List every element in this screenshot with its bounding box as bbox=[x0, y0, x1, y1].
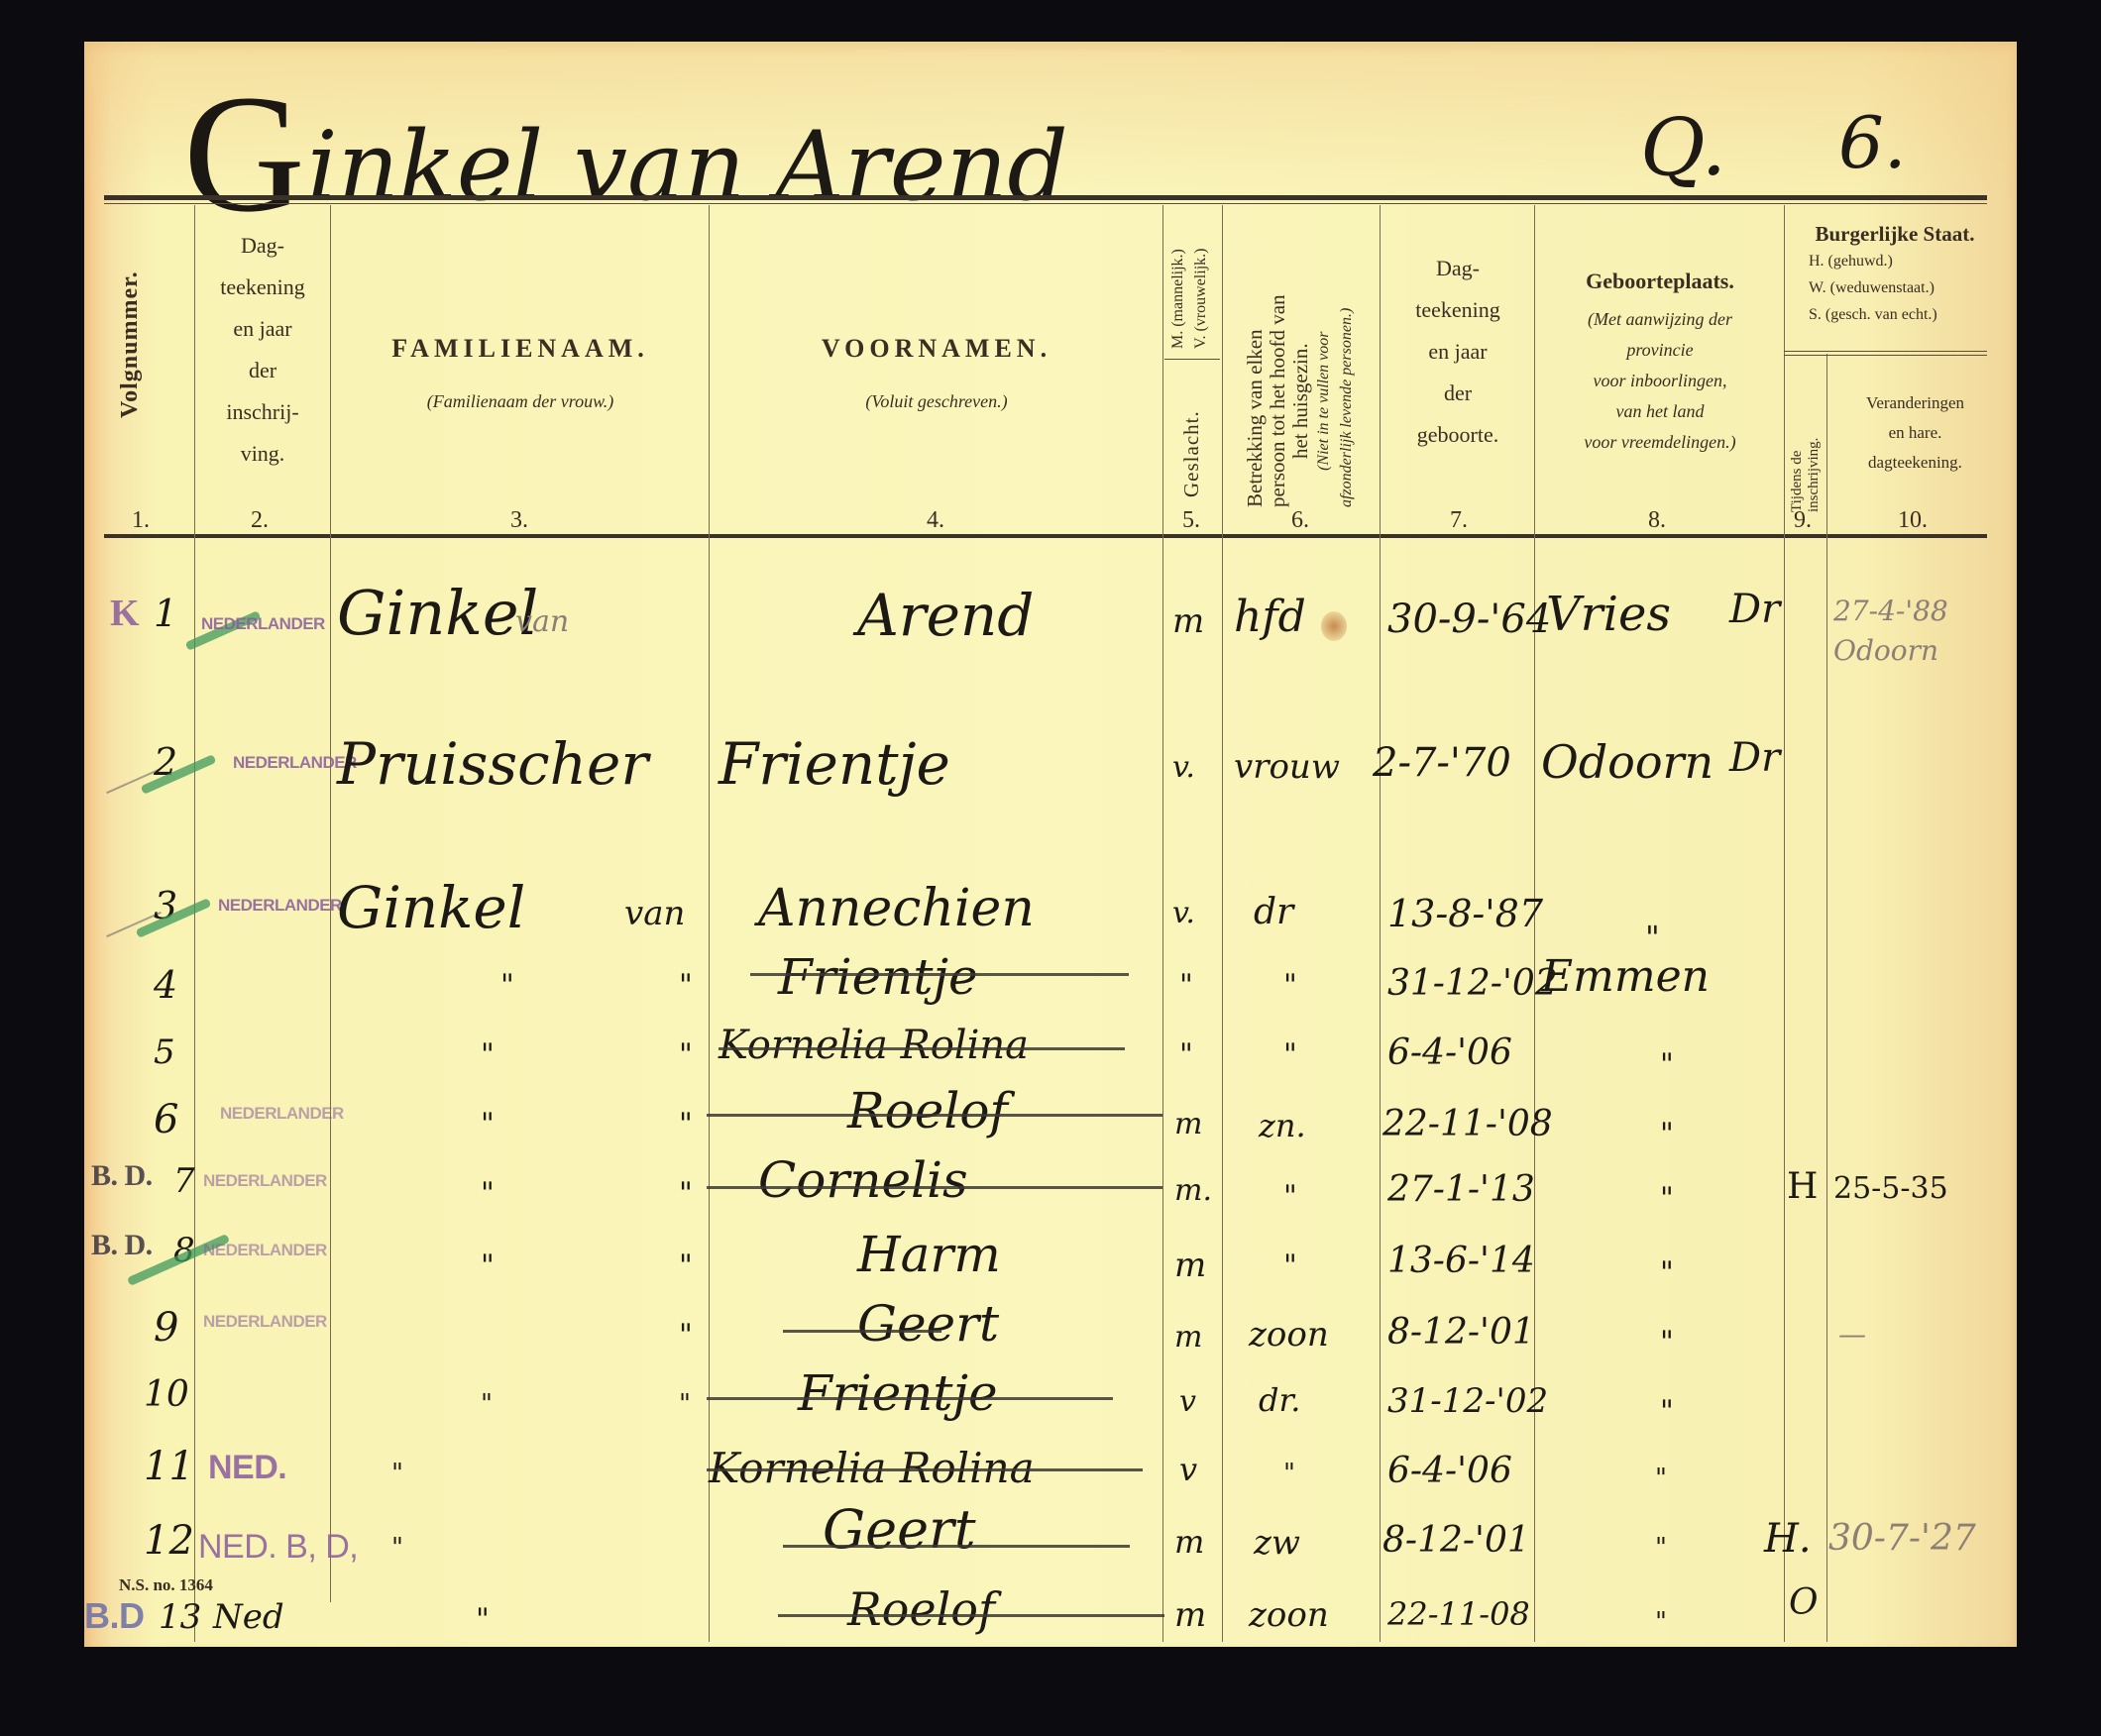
voornamen: Roelof bbox=[847, 1082, 1008, 1139]
geslacht: v. bbox=[1172, 750, 1195, 785]
nationality-stamp: NEDERLANDER bbox=[218, 896, 342, 916]
betrekking: dr bbox=[1254, 892, 1293, 932]
row-number: 10 bbox=[144, 1374, 189, 1415]
header-geslacht-m: M. (mannelijk.) bbox=[1169, 249, 1187, 349]
legend-s: S. (gesch. van echt.) bbox=[1809, 301, 2007, 328]
strikethrough bbox=[707, 1468, 1143, 1471]
header-tijdens-inschrijving: Tijdens de inschrijving. bbox=[1789, 438, 1823, 512]
header-line: Tijdens de bbox=[1789, 438, 1806, 512]
geslacht: v bbox=[1179, 1384, 1196, 1419]
row-number: 12 bbox=[144, 1518, 194, 1564]
green-check-mark bbox=[141, 754, 217, 795]
nationality-stamp: NEDERLANDER bbox=[201, 614, 325, 634]
header-voornamen-sub: (Voluit geschreven.) bbox=[711, 388, 1162, 416]
col-divider-5 bbox=[1222, 205, 1223, 1642]
staat-divider bbox=[1784, 351, 1987, 352]
geboorteplaats: Emmen bbox=[1541, 951, 1710, 1002]
familienaam-suffix-ditto: " bbox=[679, 1037, 693, 1072]
voornamen: Roelof bbox=[847, 1582, 995, 1636]
voornamen: Harm bbox=[857, 1226, 1001, 1283]
geboortedatum: 2-7-'70 bbox=[1373, 740, 1511, 786]
header-line: van het land bbox=[1536, 396, 1784, 427]
col-divider-4 bbox=[1162, 205, 1163, 1642]
staat-divider-2 bbox=[1784, 355, 1987, 356]
header-top-rule-thin bbox=[104, 203, 1987, 204]
familienaam-ditto: " bbox=[481, 1389, 493, 1419]
header-line: afzonderlijk levende personen.) bbox=[1335, 294, 1358, 507]
geboortedatum: 6-4-'06 bbox=[1387, 1451, 1512, 1491]
familienaam-suffix-ditto: " bbox=[679, 1176, 693, 1211]
header-familienaam: FAMILIENAAM. bbox=[332, 329, 709, 369]
familienaam-ditto: " bbox=[391, 1459, 403, 1488]
header-line: voor inboorlingen, bbox=[1536, 366, 1784, 396]
strikethrough bbox=[707, 1397, 1113, 1400]
geslacht: v bbox=[1179, 1451, 1197, 1488]
row-prefix: K bbox=[110, 592, 139, 635]
colnum-9: 9. bbox=[1794, 507, 1812, 534]
header-top-rule bbox=[104, 195, 1987, 200]
betrekking: " bbox=[1283, 1179, 1297, 1214]
voornamen: Geert bbox=[857, 1295, 999, 1353]
familienaam-suffix: van bbox=[515, 604, 569, 639]
strikethrough bbox=[750, 973, 1129, 976]
betrekking: zw bbox=[1254, 1523, 1300, 1563]
form-number: N.S. no. 1364 bbox=[119, 1575, 213, 1595]
geboortedatum: 13-6-'14 bbox=[1387, 1241, 1535, 1281]
familienaam-ditto: " bbox=[481, 1037, 495, 1072]
geslacht: " bbox=[1179, 968, 1193, 1003]
geboortedatum: 31-12-'02 bbox=[1387, 1381, 1548, 1421]
colnum-2: 2. bbox=[251, 507, 269, 534]
header-line: Dag- bbox=[198, 225, 327, 267]
header-line: en hare. bbox=[1828, 418, 2002, 448]
geslacht: m bbox=[1174, 1595, 1206, 1635]
familienaam-ditto: " bbox=[391, 1533, 403, 1563]
row-number: 5 bbox=[154, 1032, 175, 1072]
colnum-6: 6. bbox=[1291, 507, 1309, 534]
row-prefix: B.D bbox=[84, 1595, 145, 1637]
title-number: 6. bbox=[1838, 101, 1907, 184]
betrekking: zn. bbox=[1259, 1107, 1306, 1144]
geboorteplaats: Odoorn bbox=[1541, 735, 1714, 789]
familienaam-suffix-ditto: " bbox=[679, 1318, 693, 1353]
header-line: teekening bbox=[1382, 289, 1534, 331]
geboortedatum: 8-12-'01 bbox=[1382, 1520, 1530, 1561]
voornamen: Cornelis bbox=[758, 1151, 968, 1209]
strikethrough bbox=[707, 1186, 1162, 1189]
geslacht: " bbox=[1179, 1037, 1193, 1072]
geslacht: m bbox=[1174, 1107, 1202, 1141]
geboortedatum: 13-8-'87 bbox=[1387, 892, 1543, 935]
veranderingen: — bbox=[1838, 1318, 1866, 1351]
header-line: inschrij- bbox=[198, 391, 327, 433]
geboorteplaats: " bbox=[1660, 1117, 1674, 1151]
familienaam-suffix-ditto: " bbox=[679, 1107, 693, 1141]
betrekking: " bbox=[1283, 1459, 1295, 1488]
header-geslacht-v: V. (vrouwelijk.) bbox=[1192, 249, 1210, 349]
header-line: persoon tot het hoofd van bbox=[1267, 294, 1289, 507]
familienaam: Ginkel bbox=[337, 874, 525, 941]
betrekking: " bbox=[1283, 1037, 1297, 1072]
header-line: voor vreemdelingen.) bbox=[1536, 427, 1784, 458]
geboorteplaats: " bbox=[1655, 1533, 1667, 1563]
betrekking: " bbox=[1283, 968, 1297, 1003]
header-line: inschrijving. bbox=[1806, 438, 1823, 512]
title-handwritten-name: inkel van Arend bbox=[307, 111, 1068, 222]
familienaam: Ginkel bbox=[337, 577, 538, 649]
familienaam-ditto: " bbox=[481, 1176, 495, 1211]
geboortedatum: 8-12-'01 bbox=[1387, 1312, 1535, 1353]
geboorteplaats: " bbox=[1660, 1255, 1674, 1290]
nationality-stamp: NEDERLANDER bbox=[220, 1104, 344, 1124]
strikethrough bbox=[707, 1114, 1162, 1117]
geboorteplaats: Vries bbox=[1546, 587, 1671, 642]
geboortedatum: 22-11-'08 bbox=[1382, 1104, 1553, 1144]
geslacht: v. bbox=[1172, 896, 1195, 930]
header-line: Veranderingen bbox=[1828, 388, 2002, 418]
betrekking: zoon bbox=[1249, 1315, 1329, 1355]
ink-stain bbox=[1321, 611, 1347, 641]
col-divider-9 bbox=[1826, 354, 1827, 1642]
row-number: 1 bbox=[154, 592, 177, 635]
geboorteplaats: " bbox=[1655, 1607, 1667, 1637]
colnum-4: 4. bbox=[927, 507, 944, 534]
geboortedatum: 22-11-08 bbox=[1387, 1595, 1530, 1633]
colnum-3: 3. bbox=[510, 507, 528, 534]
geboortedatum: 27-1-'13 bbox=[1387, 1169, 1535, 1210]
geboortedatum: 31-12-'02 bbox=[1387, 963, 1558, 1004]
geboorteplaats: " bbox=[1660, 1325, 1674, 1359]
familienaam-suffix-ditto: " bbox=[679, 1248, 693, 1283]
veranderingen: 27-4-'88 Odoorn bbox=[1833, 592, 1992, 671]
header-line: ving. bbox=[198, 433, 327, 475]
familienaam-suffix-ditto: " bbox=[679, 968, 693, 1003]
col-divider-6 bbox=[1380, 205, 1381, 1642]
familienaam-ditto: " bbox=[500, 968, 514, 1003]
familienaam: Pruisscher bbox=[337, 730, 648, 798]
geboortedatum: 30-9-'64 bbox=[1387, 597, 1551, 642]
row-number: 11 bbox=[144, 1444, 194, 1489]
provincie: Dr bbox=[1729, 735, 1780, 781]
header-line: en jaar bbox=[198, 308, 327, 350]
colnum-7: 7. bbox=[1450, 507, 1468, 534]
header-line: geboorte. bbox=[1382, 414, 1534, 456]
row-number: 9 bbox=[154, 1305, 178, 1351]
nationality-note: Ned bbox=[213, 1597, 284, 1637]
header-inschrijving: Dag- teekening en jaar der inschrij- vin… bbox=[198, 225, 327, 475]
voornamen: Arend bbox=[857, 582, 1034, 649]
staat: H. bbox=[1764, 1516, 1812, 1562]
nationality-stamp: NEDERLANDER bbox=[203, 1241, 327, 1260]
nationality-stamp: NEDERLANDER bbox=[203, 1171, 327, 1191]
header-line: teekening bbox=[198, 267, 327, 308]
register-card: G inkel van Arend Q. 6. Volgnummer. Dag-… bbox=[84, 42, 2017, 1647]
legend-w: W. (weduwenstaat.) bbox=[1809, 274, 2007, 301]
betrekking: zoon bbox=[1249, 1595, 1329, 1635]
voornamen: Geert bbox=[823, 1498, 976, 1561]
geboorteplaats: " bbox=[1660, 1181, 1674, 1216]
row-prefix: B. D. bbox=[91, 1159, 153, 1193]
provincie: Dr bbox=[1729, 587, 1780, 632]
nationality-stamp: NED. bbox=[208, 1449, 286, 1487]
colnum-5: 5. bbox=[1182, 507, 1200, 534]
colnum-10: 10. bbox=[1898, 507, 1928, 534]
header-geboorteplaats-sub: (Met aanwijzing der provincie voor inboo… bbox=[1536, 304, 1784, 458]
staat: O bbox=[1789, 1582, 1819, 1623]
veranderingen: 25-5-35 bbox=[1833, 1171, 1948, 1206]
betrekking: hfd bbox=[1234, 592, 1306, 642]
header-line: provincie bbox=[1536, 335, 1784, 366]
row-number: 7 bbox=[173, 1161, 195, 1201]
familienaam-ditto: " bbox=[481, 1248, 495, 1283]
header-line: Betrekking van elken bbox=[1244, 294, 1267, 507]
header-geboorte: Dag- teekening en jaar der geboorte. bbox=[1382, 248, 1534, 456]
voornamen: Frientje bbox=[719, 730, 950, 798]
header-familienaam-sub: (Familienaam der vrouw.) bbox=[332, 388, 709, 416]
header-line: Dag- bbox=[1382, 248, 1534, 289]
header-betrekking: Betrekking van elken persoon tot het hoo… bbox=[1244, 294, 1358, 507]
voornamen: Kornelia Rolina bbox=[719, 1023, 1029, 1068]
header-staat-legend: H. (gehuwd.) W. (weduwenstaat.) S. (gesc… bbox=[1809, 248, 2007, 328]
strikethrough bbox=[719, 1047, 1125, 1050]
veranderingen: 30-7-'27 bbox=[1828, 1518, 1976, 1559]
geslacht-divider bbox=[1164, 359, 1220, 360]
title-initial: G bbox=[183, 69, 305, 238]
row-prefix: B. D. bbox=[91, 1229, 153, 1262]
strikethrough bbox=[783, 1545, 1130, 1548]
title-code: Q. bbox=[1640, 101, 1726, 193]
geslacht: m bbox=[1172, 601, 1204, 641]
geslacht: m bbox=[1174, 1523, 1204, 1561]
colnum-8: 8. bbox=[1648, 507, 1666, 534]
header-veranderingen: Veranderingen en hare. dagteekening. bbox=[1828, 388, 2002, 478]
familienaam-ditto: " bbox=[481, 1107, 495, 1141]
geboortedatum: 6-4-'06 bbox=[1387, 1032, 1512, 1073]
strikethrough bbox=[783, 1330, 941, 1333]
legend-h: H. (gehuwd.) bbox=[1809, 248, 2007, 274]
col-divider-1 bbox=[194, 205, 195, 1642]
header-line: (Niet in te vullen voor bbox=[1312, 294, 1335, 507]
header-volgnummer: Volgnummer. bbox=[117, 271, 144, 418]
voornamen: Annechien bbox=[758, 879, 1035, 938]
header-burgerlijke-staat: Burgerlijke Staat. bbox=[1786, 218, 2004, 251]
geslacht: m. bbox=[1174, 1173, 1212, 1208]
geboorteplaats: " bbox=[1660, 1394, 1674, 1429]
header-line: (Met aanwijzing der bbox=[1536, 304, 1784, 335]
staat: H bbox=[1787, 1166, 1818, 1207]
nationality-stamp: NEDERLANDER bbox=[203, 1312, 327, 1332]
betrekking: vrouw bbox=[1234, 747, 1340, 787]
header-line: dagteekening. bbox=[1828, 448, 2002, 478]
voornamen: Frientje bbox=[798, 1364, 998, 1422]
header-bottom-rule bbox=[104, 534, 1987, 538]
betrekking: " bbox=[1283, 1248, 1297, 1283]
geslacht: m bbox=[1174, 1320, 1202, 1355]
geboorteplaats: " bbox=[1660, 1047, 1674, 1082]
familienaam-ditto: " bbox=[476, 1602, 490, 1637]
header-line: der bbox=[1382, 373, 1534, 414]
header-geslacht: Geslacht. bbox=[1179, 410, 1204, 497]
familienaam-suffix-ditto: " bbox=[679, 1389, 691, 1419]
voornamen: Frientje bbox=[778, 948, 978, 1006]
familienaam-suffix: van bbox=[624, 894, 685, 933]
nationality-stamp: NED. B, D, bbox=[198, 1528, 358, 1567]
betrekking: dr. bbox=[1259, 1381, 1300, 1419]
row-number: 13 bbox=[159, 1597, 201, 1637]
row-number: 4 bbox=[154, 963, 177, 1007]
colnum-1: 1. bbox=[132, 507, 150, 534]
col-divider-8 bbox=[1784, 205, 1785, 1642]
header-voornamen: VOORNAMEN. bbox=[711, 329, 1162, 369]
strikethrough bbox=[778, 1614, 1164, 1617]
header-geboorteplaats: Geboorteplaats. bbox=[1536, 265, 1784, 298]
header-line: der bbox=[198, 350, 327, 391]
header-line: en jaar bbox=[1382, 331, 1534, 373]
col-divider-3 bbox=[709, 205, 710, 1642]
geboorteplaats: " bbox=[1655, 1464, 1667, 1493]
row-number: 6 bbox=[154, 1097, 178, 1142]
header-line: het huisgezin. bbox=[1289, 294, 1312, 507]
geslacht: m bbox=[1174, 1246, 1206, 1285]
